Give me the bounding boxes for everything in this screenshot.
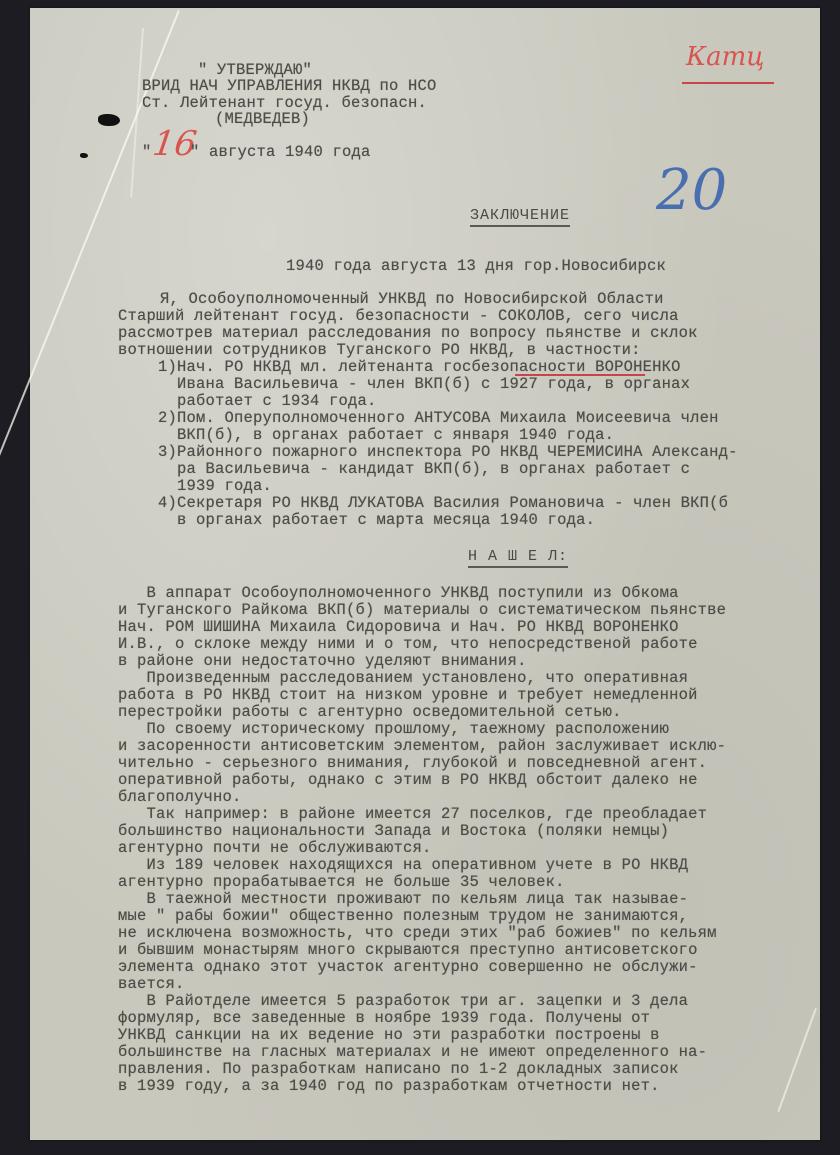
body-line: правления. По разработкам написано по 1-… — [118, 1061, 679, 1078]
body-line: Так например: в районе имеется 27 поселк… — [118, 806, 707, 823]
approval-line-name: (МЕДВЕДЕВ) — [215, 111, 310, 128]
intro-line: вотношении сотрудников Туганского РО НКВ… — [118, 342, 641, 359]
body-line: большинство национальности Запада и Вост… — [118, 823, 669, 840]
intro-line: Я, Особоуполномоченный УНКВД по Новосиби… — [160, 291, 664, 308]
body-line: агентурно почти не обслуживаются. — [118, 840, 432, 857]
body-line: вается. — [118, 976, 185, 993]
body-line: и Туганского Райкома ВКП(б) материалы о … — [118, 602, 726, 619]
paper-hole — [80, 153, 88, 158]
body-line: В Райотделе имеется 5 разработок три аг.… — [118, 993, 688, 1010]
body-line: УНКВД санкции на их ведение но эти разра… — [118, 1027, 660, 1044]
body-line: работа в РО НКВД стоит на низком уровне … — [118, 687, 698, 704]
body-line: По своему историческому прошлому, таежно… — [118, 721, 669, 738]
body-line: перестройки работы с агентурно осведомит… — [118, 704, 622, 721]
person-3-line: ра Васильевича - кандидат ВКП(б), в орга… — [158, 461, 690, 478]
body-line: в 1939 году, а за 1940 год по разработка… — [118, 1078, 660, 1095]
body-line: в районе они недостаточно уделяют вниман… — [118, 653, 527, 670]
handwritten-label-red: Катц — [686, 42, 764, 72]
found-heading: Н А Ш Е Л: — [468, 548, 568, 568]
red-underline — [682, 82, 774, 84]
approval-line-position: ВРИД НАЧ УПРАВЛЕНИЯ НКВД по НСО — [142, 78, 437, 95]
body-line: мые " рабы божии" общественно полезным т… — [118, 908, 688, 925]
body-line: Нач. РОМ ШИШИНА Михаила Сидоровича и Нач… — [118, 619, 679, 636]
document-title: ЗАКЛЮЧЕНИЕ — [470, 207, 570, 227]
body-line: благополучно. — [118, 789, 242, 806]
body-line: формуляр, все заведенные в ноябре 1939 г… — [118, 1010, 650, 1027]
person-4-line: 4)Секретаря РО НКВД ЛУКАТОВА Василия Ром… — [158, 495, 728, 512]
body-line: большинстве на гласных материалах и не и… — [118, 1044, 707, 1061]
body-line: чительно - серьезного внимания, глубокой… — [118, 755, 707, 772]
body-line: агентурно прорабатывается не больше 35 ч… — [118, 874, 565, 891]
person-4-line: в органах работает с марта месяца 1940 г… — [158, 512, 595, 529]
body-line: Произведенным расследованием установлено… — [118, 670, 688, 687]
body-line: оперативной работы, однако с этим в РО Н… — [118, 772, 698, 789]
body-line: В таежной местности проживают по кельям … — [118, 891, 688, 908]
person-1-line: работает с 1934 года. — [158, 393, 377, 410]
intro-line: Старший лейтенант госуд. безопасности - … — [118, 308, 679, 325]
person-2-line: ВКП(б), в органах работает с января 1940… — [158, 427, 614, 444]
person-3-line: 1939 года. — [158, 478, 272, 495]
body-line: и засоренности антисоветским элементом, … — [118, 738, 726, 755]
place-date-line: 1940 года августа 13 дня гор.Новосибирск — [286, 258, 666, 275]
body-line: не исключена возможность, что среди этих… — [118, 925, 717, 942]
intro-line: рассмотрев материал расследования по воп… — [118, 325, 698, 342]
paper-hole — [98, 114, 120, 126]
person-2-line: 2)Пом. Оперуполномоченного АНТУСОВА Миха… — [158, 410, 719, 427]
body-line: и бывшим монастырям много скрываются пре… — [118, 942, 698, 959]
body-line: Из 189 человек находящихся на оперативно… — [118, 857, 688, 874]
body-line: В аппарат Особоуполномоченного УНКВД пос… — [118, 585, 679, 602]
person-1-line: Ивана Васильевича - член ВКП(б) с 1927 г… — [158, 376, 690, 393]
body-line: И.В., о склоке между ними и о том, что н… — [118, 636, 698, 653]
handwritten-page-number: 20 — [656, 158, 727, 223]
date-rest: " августа 1940 года — [190, 144, 371, 161]
paper-crease — [777, 1008, 817, 1112]
person-3-line: 3)Районного пожарного инспектора РО НКВД… — [158, 444, 738, 461]
body-line: элемента однако этот участок агентурно с… — [118, 959, 698, 976]
paper-crease — [130, 28, 144, 198]
